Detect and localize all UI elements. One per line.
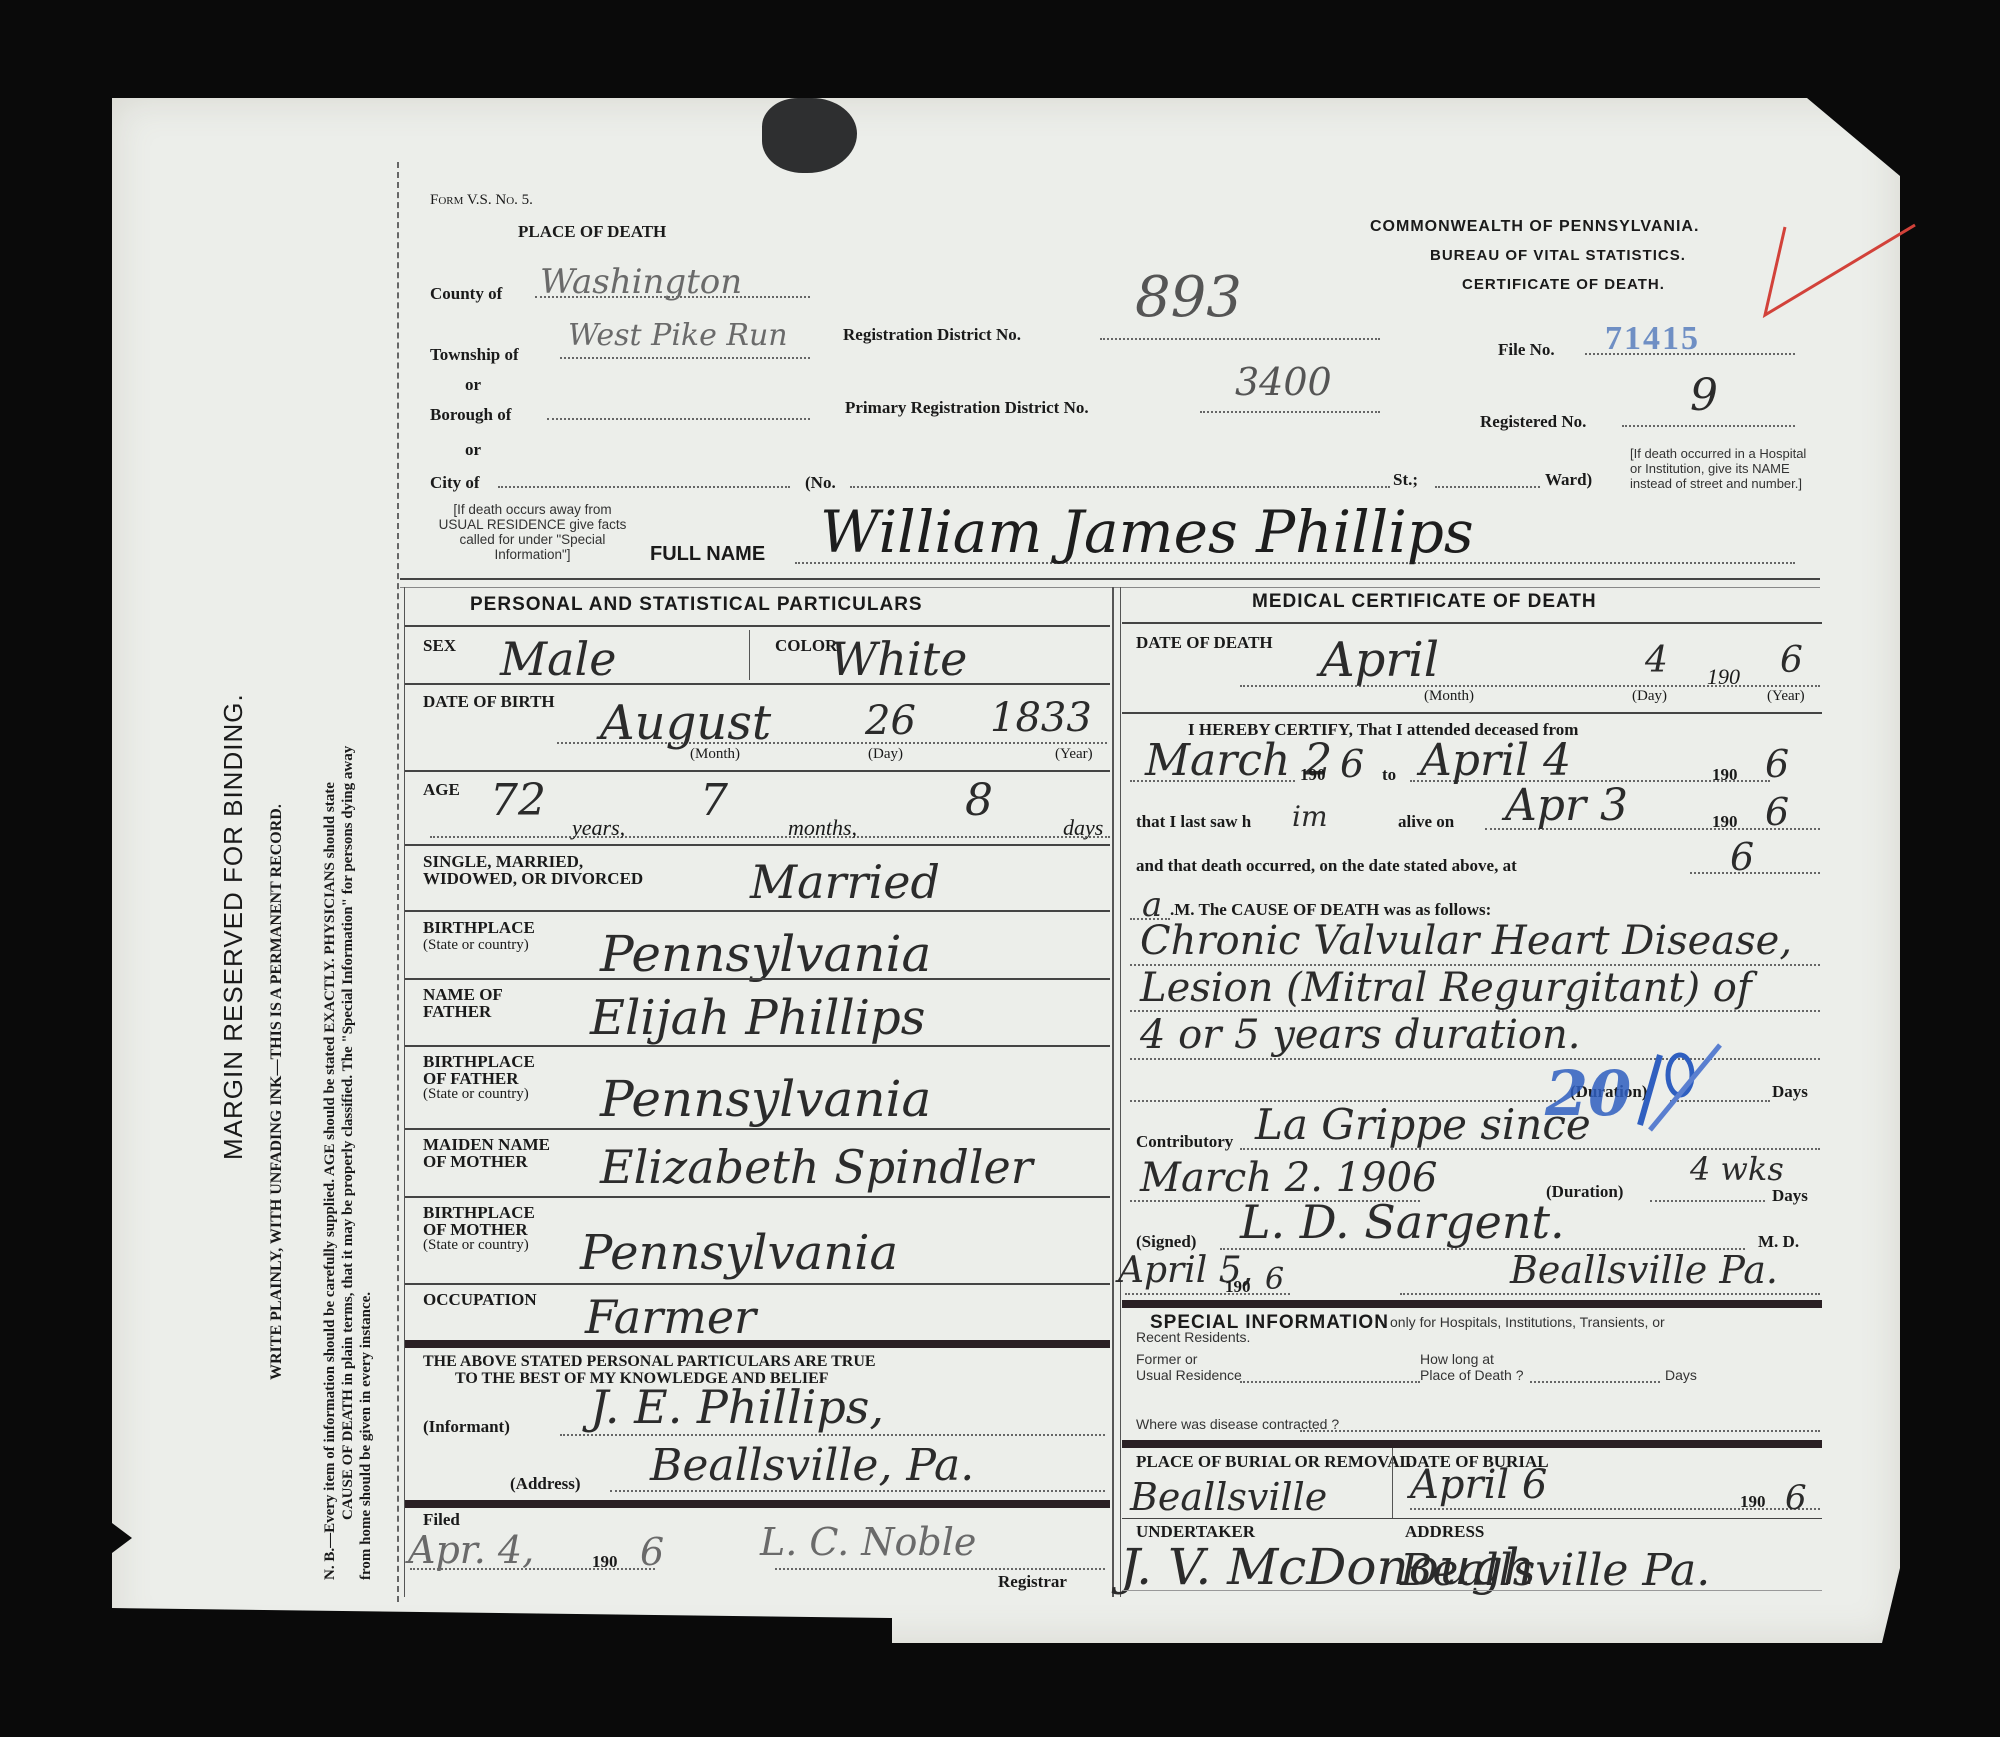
cause-line-2: Lesion (Mitral Regurgitant) of	[1140, 965, 1752, 1011]
physician-signature: L. D. Sargent.	[1240, 1195, 1565, 1249]
street-label: St.;	[1393, 470, 1418, 490]
margin-binding-note: MARGIN RESERVED FOR BINDING.	[218, 693, 249, 1160]
occupation-label: OCCUPATION	[423, 1290, 537, 1310]
filed-190: 190	[592, 1552, 618, 1572]
last-saw-label: that I last saw h	[1136, 812, 1251, 832]
cause-label: .M. The CAUSE OF DEATH was as follows:	[1170, 900, 1491, 920]
filed-date: Apr. 4,	[408, 1528, 534, 1572]
registered-no-label: Registered No.	[1480, 412, 1586, 432]
year-caption: (Year)	[1055, 746, 1093, 763]
file-no-label: File No.	[1498, 340, 1555, 360]
last-saw-190: 190	[1712, 812, 1738, 832]
former-residence-label-1: Former or	[1136, 1352, 1197, 1367]
dob-year: 1833	[990, 695, 1092, 741]
contributory-days-label: Days	[1772, 1186, 1808, 1206]
last-saw-year: 6	[1765, 790, 1789, 834]
contributory-label: Contributory	[1136, 1132, 1233, 1152]
attended-to-190: 190	[1712, 765, 1738, 785]
margin-nb-line1: N. B.—Every item of information should b…	[322, 782, 339, 1580]
last-saw-date: Apr 3	[1505, 780, 1628, 831]
margin-write-plainly: WRITE PLAINLY, WITH UNFADING INK—THIS IS…	[268, 804, 286, 1380]
city-label: City of	[430, 473, 480, 493]
registrar-label: Registrar	[998, 1572, 1067, 1592]
county-label: County of	[430, 284, 502, 304]
dod-day: 4	[1645, 640, 1668, 681]
mother-birthplace: Pennsylvania	[580, 1225, 898, 1281]
filed-year: 6	[640, 1530, 664, 1574]
commonwealth-heading: COMMONWEALTH OF PENNSYLVANIA.	[1370, 218, 1699, 236]
full-name-label: FULL NAME	[650, 543, 765, 566]
dod-month: April	[1320, 632, 1439, 688]
dod-day-caption: (Day)	[1632, 688, 1667, 705]
hour-value: 6	[1730, 835, 1754, 879]
age-label: AGE	[423, 780, 460, 800]
special-info-heading-rest: only for Hospitals, Institutions, Transi…	[1390, 1315, 1665, 1330]
age-months: 7	[700, 775, 728, 826]
contributory-line-1: La Grippe since	[1255, 1100, 1591, 1149]
registrar-signature: L. C. Noble	[760, 1520, 976, 1564]
how-long-days: Days	[1665, 1368, 1697, 1383]
mother-label-2: OF MOTHER	[423, 1152, 528, 1172]
color-label: COLOR	[775, 636, 837, 656]
birthplace-value: Pennsylvania	[600, 925, 931, 983]
burial-date: April 6	[1410, 1462, 1547, 1508]
medical-heading: MEDICAL CERTIFICATE OF DEATH	[1252, 591, 1597, 613]
father-birthplace: Pennsylvania	[600, 1070, 931, 1128]
special-info-recent: Recent Residents.	[1136, 1330, 1250, 1345]
street-no-label: (No.	[805, 473, 836, 493]
informant-address-label: (Address)	[510, 1474, 581, 1494]
father-name: Elijah Phillips	[590, 990, 925, 1046]
informant-name: J. E. Phillips,	[590, 1380, 884, 1434]
birthplace-label: BIRTHPLACE	[423, 918, 535, 938]
mother-bp-caption: (State or country)	[423, 1237, 529, 1254]
occupation-value: Farmer	[585, 1290, 756, 1344]
signed-year: 6	[1265, 1262, 1284, 1297]
dod-year: 6	[1780, 640, 1803, 681]
sex-value: Male	[500, 632, 616, 686]
ward-label: Ward)	[1545, 470, 1592, 490]
attended-to: April 4	[1420, 735, 1571, 786]
file-no-stamp: 71415	[1605, 320, 1700, 358]
hospital-note: [If death occurred in a Hospital or Inst…	[1630, 446, 1820, 491]
bureau-heading: BUREAU OF VITAL STATISTICS.	[1430, 247, 1686, 264]
marital-label-2: WIDOWED, OR DIVORCED	[423, 869, 643, 889]
dob-label: DATE OF BIRTH	[423, 692, 555, 712]
contributory-duration: 4 wks	[1690, 1150, 1784, 1188]
township-value: West Pike Run	[568, 318, 788, 353]
or-label-1: or	[465, 375, 481, 395]
day-caption: (Day)	[868, 746, 903, 763]
township-label: Township of	[430, 345, 519, 365]
burial-place: Beallsville	[1130, 1475, 1327, 1519]
filed-label: Filed	[423, 1510, 460, 1530]
county-value: Washington	[540, 262, 742, 302]
cause-duration-days: Days	[1772, 1082, 1808, 1102]
full-name-value: William James Phillips	[820, 498, 1474, 566]
father-label-2: FATHER	[423, 1002, 491, 1022]
informant-address: Beallsville, Pa.	[650, 1440, 974, 1491]
attended-from-year: 6	[1340, 742, 1364, 786]
undertaker-address: Beallsville Pa.	[1400, 1545, 1710, 1596]
burial-year: 6	[1785, 1478, 1807, 1518]
attended-from-190: 190	[1300, 765, 1326, 785]
burial-190: 190	[1740, 1492, 1766, 1512]
red-check-mark	[1760, 215, 1920, 325]
dob-day: 26	[865, 698, 916, 744]
sex-label: SEX	[423, 636, 456, 656]
margin-nb-line3: from home should be given in every insta…	[358, 1292, 375, 1580]
attended-to-year: 6	[1765, 742, 1789, 786]
cause-line-1: Chronic Valvular Heart Disease,	[1140, 918, 1792, 964]
dod-month-caption: (Month)	[1424, 688, 1474, 705]
reg-district-value: 893	[1135, 265, 1242, 330]
color-value: White	[830, 632, 967, 686]
former-residence-label-2: Usual Residence	[1136, 1368, 1242, 1383]
binding-perforation	[397, 162, 399, 1602]
usual-residence-note: [If death occurs away from USUAL RESIDEN…	[430, 502, 635, 562]
attest-line-1: THE ABOVE STATED PERSONAL PARTICULARS AR…	[423, 1353, 876, 1371]
signed-190: 190	[1225, 1277, 1251, 1297]
last-saw-pronoun: im	[1292, 800, 1328, 833]
signed-label: (Signed)	[1136, 1232, 1196, 1252]
how-long-label-1: How long at	[1420, 1352, 1494, 1367]
dod-190: 190	[1707, 664, 1740, 690]
or-label-2: or	[465, 440, 481, 460]
reg-district-label: Registration District No.	[843, 325, 1021, 345]
primary-reg-label: Primary Registration District No.	[845, 398, 1089, 418]
borough-label: Borough of	[430, 405, 511, 425]
dod-label: DATE OF DEATH	[1136, 633, 1273, 653]
mother-name: Elizabeth Spindler	[600, 1140, 1033, 1194]
cause-line-3: 4 or 5 years duration.	[1140, 1012, 1581, 1058]
registered-no-value: 9	[1690, 370, 1718, 421]
age-days: 8	[965, 775, 993, 826]
father-bp-caption: (State or country)	[423, 1086, 529, 1103]
marital-value: Married	[750, 855, 940, 909]
informant-label: (Informant)	[423, 1417, 510, 1437]
dob-month: August	[600, 695, 771, 751]
personal-heading: PERSONAL AND STATISTICAL PARTICULARS	[470, 594, 923, 616]
alive-on-label: alive on	[1398, 812, 1454, 832]
years-label: years,	[572, 815, 625, 841]
certificate-heading: CERTIFICATE OF DEATH.	[1462, 276, 1665, 293]
to-label: to	[1382, 765, 1396, 785]
days-label: days	[1063, 815, 1103, 841]
burial-place-label: PLACE OF BURIAL OR REMOVAL	[1136, 1452, 1411, 1472]
physician-address: Beallsville Pa.	[1510, 1248, 1778, 1292]
age-years: 72	[490, 775, 546, 826]
how-long-label-2: Place of Death ?	[1420, 1368, 1524, 1383]
margin-nb-line2: CAUSE OF DEATH in plain terms, that it m…	[340, 746, 357, 1520]
place-of-death-heading: PLACE OF DEATH	[518, 222, 666, 242]
month-caption: (Month)	[690, 746, 740, 763]
form-number: Form V.S. No. 5.	[430, 192, 533, 209]
months-label: months,	[788, 815, 857, 841]
dod-year-caption: (Year)	[1767, 688, 1805, 705]
occurred-label: and that death occurred, on the date sta…	[1136, 856, 1517, 876]
primary-reg-value: 3400	[1235, 360, 1332, 404]
birthplace-caption: (State or country)	[423, 937, 529, 954]
